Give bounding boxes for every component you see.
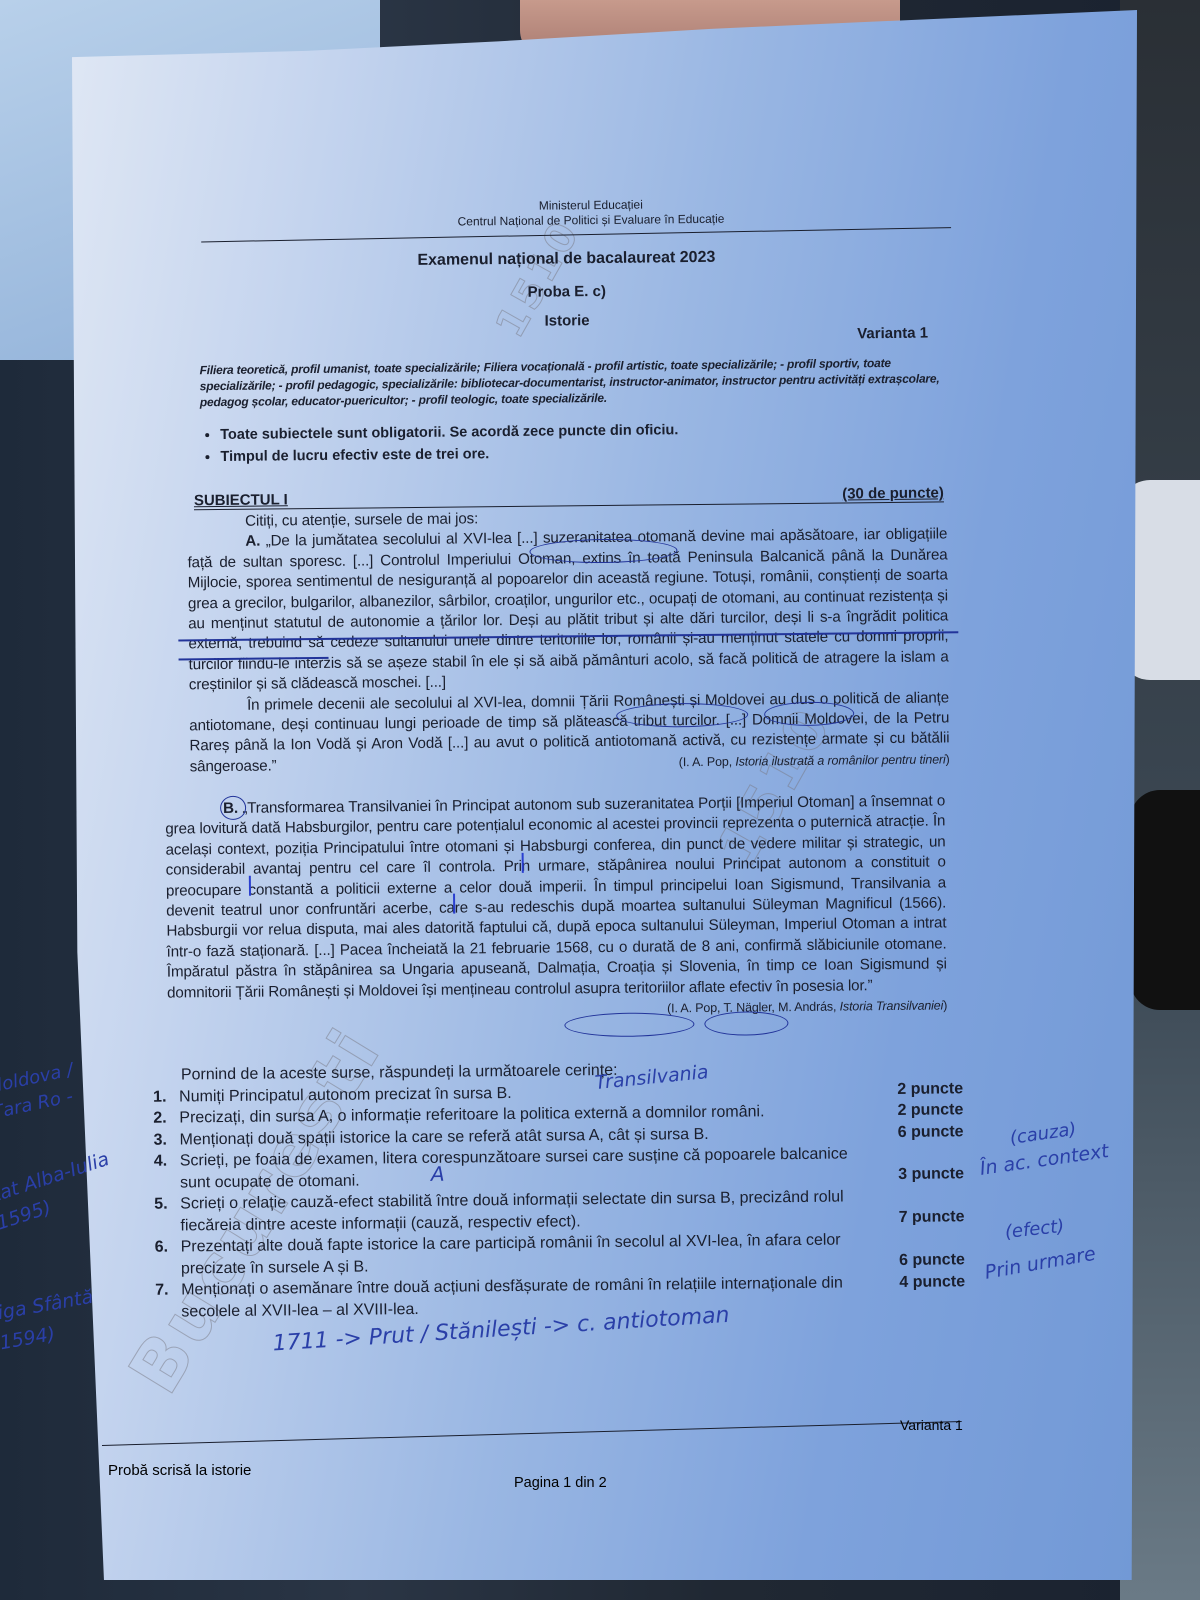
exam-subject: Istorie xyxy=(427,311,707,331)
pen-circle xyxy=(564,1012,694,1037)
filiera-description: Filiera teoretică, profil umanist, toate… xyxy=(199,354,947,410)
section-title: SUBIECTUL I xyxy=(194,491,288,509)
task-points: 4 puncte xyxy=(899,1271,965,1293)
exam-sheet: 1510 1510 Bucuresti Ministerul Educației… xyxy=(72,10,1137,1580)
handwritten-answer-6b: Liga Sfântă (1594) xyxy=(0,1281,104,1359)
task-points: 2 puncte xyxy=(897,1078,963,1100)
task-number: 1. xyxy=(153,1086,167,1108)
task-number: 6. xyxy=(155,1237,169,1259)
task-number: 7. xyxy=(155,1280,169,1302)
task-points: 6 puncte xyxy=(898,1121,964,1143)
task-points: 3 puncte xyxy=(898,1163,964,1185)
task-number: 2. xyxy=(153,1108,167,1130)
source-b-text: „Transformarea Transilvaniei în Principa… xyxy=(165,792,947,1001)
pen-circle xyxy=(704,1011,788,1036)
pen-mark xyxy=(522,853,524,873)
source-b-citation: (I. A. Pop, T. Nägler, M. András, Istori… xyxy=(667,995,947,1018)
citation-title: Istoria Transilvaniei xyxy=(840,999,944,1014)
source-b: B. „Transformarea Transilvaniei în Princ… xyxy=(165,791,947,1024)
center-name: Centrul Național de Politici și Evaluare… xyxy=(411,211,771,230)
handwritten-answer-4: A xyxy=(431,1162,445,1186)
task-list: Pornind de la aceste surse, răspundeți l… xyxy=(153,1056,966,1322)
source-a-paragraph-2: În primele decenii ale secolului al XVI-… xyxy=(189,688,950,778)
citation-end: ) xyxy=(943,998,947,1012)
source-a-letter: A. xyxy=(245,533,260,550)
pen-mark xyxy=(453,894,455,914)
citation-title: Istoria ilustrată a românilor pentru tin… xyxy=(735,752,945,768)
instructions-list: Toate subiectele sunt obligatorii. Se ac… xyxy=(200,417,920,469)
exam-title: Examenul național de bacalaureat 2023 xyxy=(326,248,806,271)
task-points: 6 puncte xyxy=(899,1249,965,1271)
task-points: 7 puncte xyxy=(899,1206,965,1228)
task-text: Numiți Principatul autonom precizat în s… xyxy=(179,1084,512,1104)
pen-mark xyxy=(249,876,251,896)
task-number: 4. xyxy=(154,1151,168,1173)
task-number: 3. xyxy=(153,1129,167,1151)
background-shoe xyxy=(1130,790,1200,1010)
source-b-paragraph: B. „Transformarea Transilvaniei în Princ… xyxy=(165,791,947,1003)
task-text: Scrieți o relație cauză-efect stabilită … xyxy=(180,1189,844,1234)
variant-label: Varianta 1 xyxy=(857,325,928,343)
section-points: (30 de puncte) xyxy=(842,484,944,502)
citation-author: (I. A. Pop, xyxy=(679,755,736,770)
task-text: Prezentați alte două fapte istorice la c… xyxy=(181,1232,841,1277)
task-text: Scrieți, pe foaia de examen, litera core… xyxy=(180,1145,848,1190)
task-text: Menționați o asemănare între două acțiun… xyxy=(181,1275,843,1320)
ministry-header: Ministerul Educației Centrul Național de… xyxy=(411,196,771,230)
task-points: 2 puncte xyxy=(897,1099,963,1121)
pen-circle xyxy=(220,796,246,820)
task-number: 5. xyxy=(154,1194,168,1216)
exam-proba: Proba E. c) xyxy=(427,282,707,302)
task-text: Menționați două spații istorice la care … xyxy=(179,1125,708,1148)
citation-end: ) xyxy=(946,752,950,766)
source-a-citation: (I. A. Pop, Istoria ilustrată a românilo… xyxy=(679,749,950,772)
